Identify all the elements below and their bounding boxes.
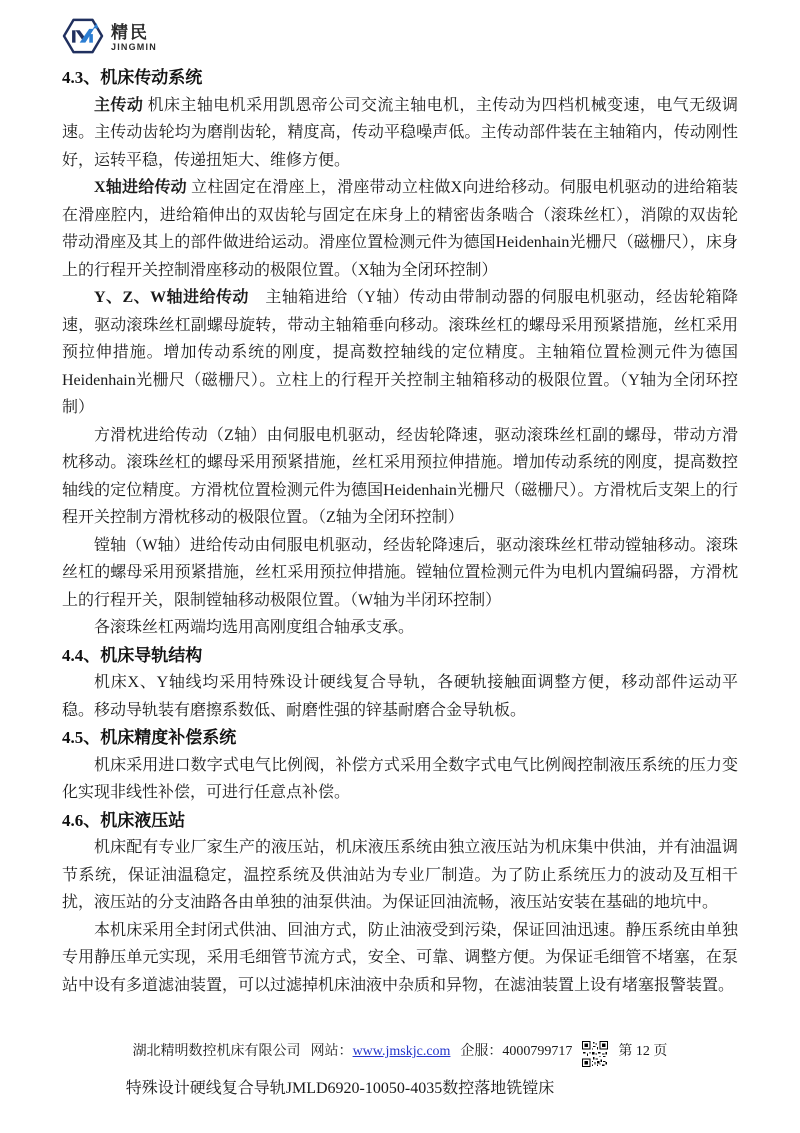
footer-info-line: 湖北精明数控机床有限公司 网站：www.jmskjc.com 企服：400079… — [0, 1040, 800, 1072]
paragraph-lead: Y、Z、W轴进给传动 — [94, 289, 249, 306]
body-paragraph: 机床配有专业厂家生产的液压站，机床液压系统由独立液压站为机床集中供油，并有油温调… — [62, 834, 738, 917]
footer-doc-title: 特殊设计硬线复合导轨JMLD6920-10050-4035数控落地铣镗床 — [0, 1075, 680, 1098]
body-paragraph: 方滑枕进给传动（Z轴）由伺服电机驱动，经齿轮降速，驱动滚珠丝杠副的螺母，带动方滑… — [62, 422, 738, 532]
body-paragraph: 镗轴（W轴）进给传动由伺服电机驱动，经齿轮降速后，驱动滚珠丝杠带动镗轴移动。滚珠… — [62, 532, 738, 615]
page-footer: 湖北精明数控机床有限公司 网站：www.jmskjc.com 企服：400079… — [0, 1040, 800, 1098]
body-paragraph: Y、Z、W轴进给传动 主轴箱进给（Y轴）传动由带制动器的伺服电机驱动，经齿轮箱降… — [62, 284, 738, 422]
body-paragraph: 各滚珠丝杠两端均选用高刚度组合轴承支承。 — [62, 614, 738, 642]
service-phone: 4000799717 — [502, 1044, 572, 1059]
document-content: 4.3、机床传动系统主传动 机床主轴电机采用凯恩帝公司交流主轴电机，主传动为四档… — [62, 64, 738, 999]
body-paragraph: 主传动 机床主轴电机采用凯恩帝公司交流主轴电机，主传动为四档机械变速，电气无级调… — [62, 92, 738, 175]
body-paragraph: 本机床采用全封闭式供油、回油方式，防止油液受到污染，保证回油迅速。静压系统由单独… — [62, 917, 738, 1000]
section-heading: 4.3、机床传动系统 — [62, 64, 738, 92]
page-number: 第 12 页 — [618, 1040, 667, 1060]
company-logo: 精民 JINGMIN — [62, 18, 738, 58]
document-page: 精民 JINGMIN 4.3、机床传动系统主传动 机床主轴电机采用凯恩帝公司交流… — [0, 0, 800, 999]
body-paragraph: 机床X、Y轴线均采用特殊设计硬线复合导轨，各硬轨接触面调整方便，移动部件运动平稳… — [62, 669, 738, 724]
footer-website: 网站：www.jmskjc.com — [311, 1040, 451, 1060]
section-heading: 4.6、机床液压站 — [62, 807, 738, 835]
body-paragraph: X轴进给传动 立柱固定在滑座上，滑座带动立柱做X向进给移动。伺服电机驱动的进给箱… — [62, 174, 738, 284]
logo-text: 精民 JINGMIN — [111, 24, 157, 52]
paragraph-lead: X轴进给传动 — [94, 179, 187, 196]
section-heading: 4.4、机床导轨结构 — [62, 642, 738, 670]
website-label: 网站： — [311, 1044, 353, 1059]
footer-company-name: 湖北精明数控机床有限公司 — [133, 1040, 301, 1060]
logo-hexagon-icon — [62, 17, 104, 60]
logo-en-name: JINGMIN — [111, 43, 157, 52]
qr-code — [582, 1041, 608, 1072]
footer-service: 企服：4000799717 — [460, 1040, 572, 1060]
logo-zh-name: 精民 — [111, 24, 157, 41]
website-link[interactable]: www.jmskjc.com — [353, 1044, 451, 1059]
service-label: 企服： — [460, 1044, 502, 1059]
paragraph-lead: 主传动 — [94, 97, 143, 114]
section-heading: 4.5、机床精度补偿系统 — [62, 724, 738, 752]
body-paragraph: 机床采用进口数字式电气比例阀，补偿方式采用全数字式电气比例阀控制液压系统的压力变… — [62, 752, 738, 807]
